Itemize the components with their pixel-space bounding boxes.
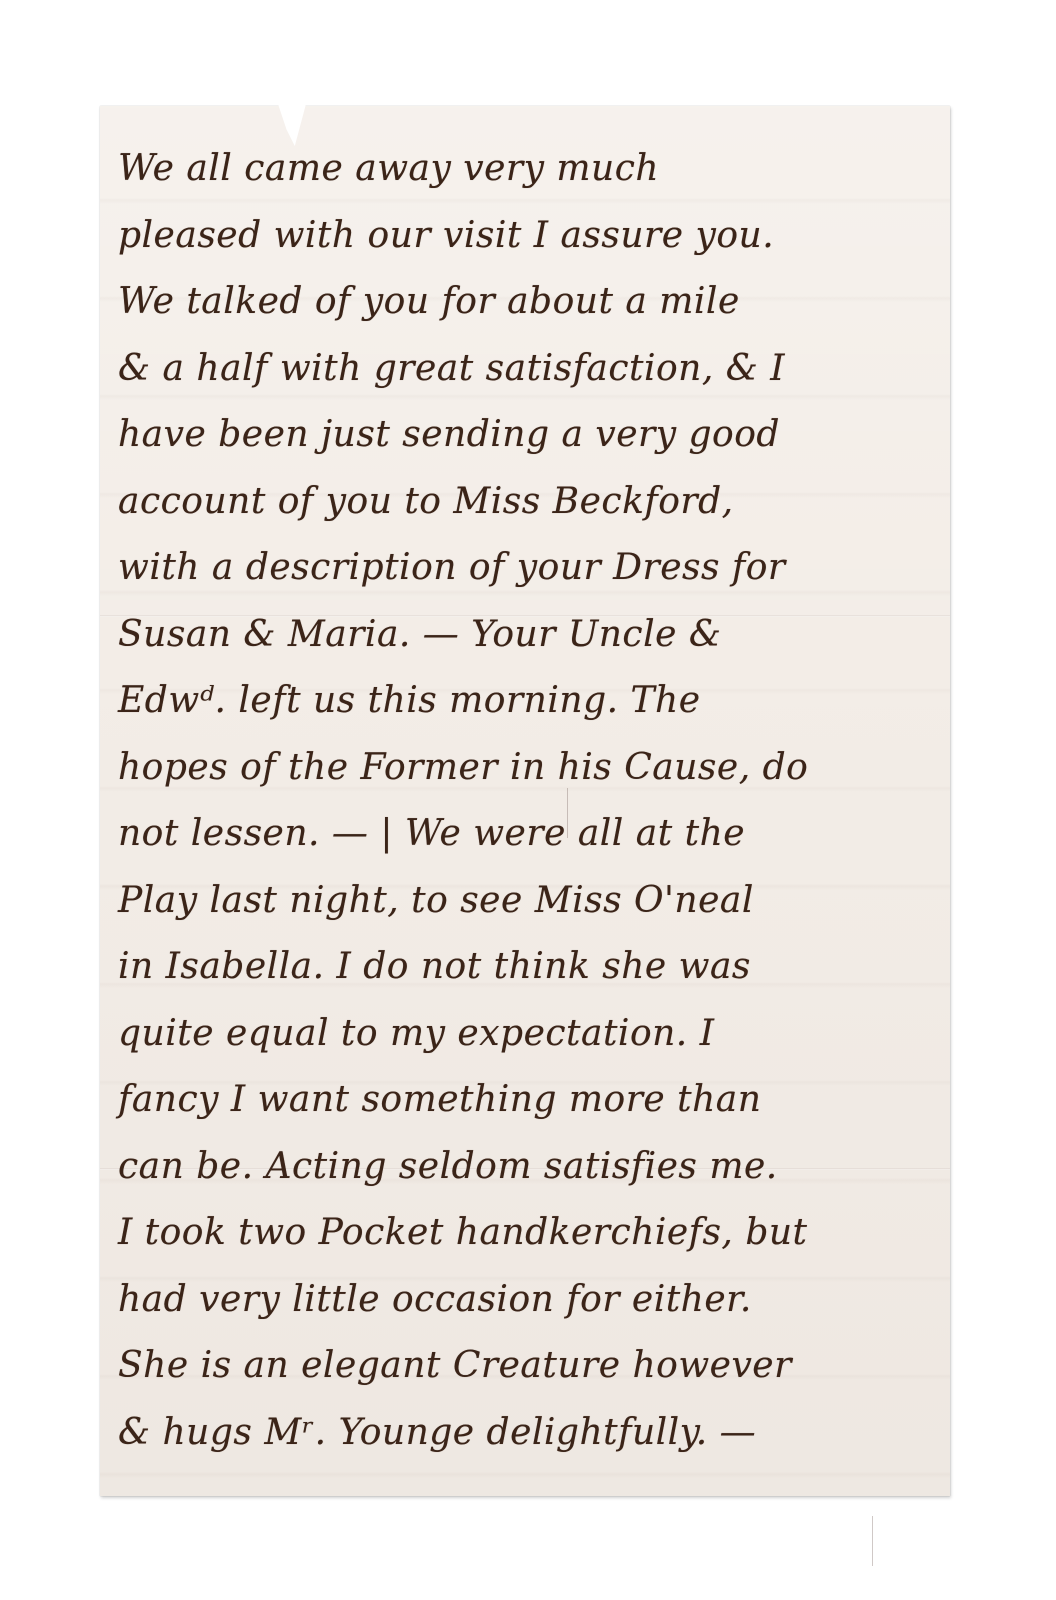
text-line: quite equal to my expectation. I bbox=[118, 1013, 714, 1054]
text-line: Susan & Maria. — Your Uncle & bbox=[118, 614, 721, 655]
text-line: not lessen. — | We were all at the bbox=[118, 813, 745, 854]
text-line: We talked of you for about a mile bbox=[118, 281, 740, 322]
text-line: & hugs Mʳ. Younge delightfully. — bbox=[118, 1412, 756, 1453]
text-line: can be. Acting seldom satisfies me. bbox=[118, 1146, 778, 1187]
text-line: Play last night, to see Miss O'neal bbox=[118, 880, 754, 921]
text-line: Edwᵈ. left us this morning. The bbox=[118, 680, 701, 721]
text-line: pleased with our visit I assure you. bbox=[118, 215, 774, 256]
text-line: hopes of the Former in his Cause, do bbox=[118, 747, 808, 788]
pencil-mark bbox=[872, 1516, 873, 1566]
text-line: in Isabella. I do not think she was bbox=[118, 946, 751, 987]
text-line: She is an elegant Creature however bbox=[118, 1345, 792, 1386]
text-line: had very little occasion for either. bbox=[118, 1279, 752, 1320]
text-line: We all came away very much bbox=[118, 148, 659, 189]
text-line: fancy I want something more than bbox=[118, 1079, 761, 1120]
letter-page: We all came away very muchpleased with o… bbox=[100, 106, 950, 1496]
text-line: have been just sending a very good bbox=[118, 414, 780, 455]
text-line: & a half with great satisfaction, & I bbox=[118, 348, 785, 389]
text-line: account of you to Miss Beckford, bbox=[118, 481, 734, 522]
text-line: with a description of your Dress for bbox=[118, 547, 786, 588]
torn-notch bbox=[278, 104, 306, 146]
text-line: I took two Pocket handkerchiefs, but bbox=[118, 1212, 808, 1253]
